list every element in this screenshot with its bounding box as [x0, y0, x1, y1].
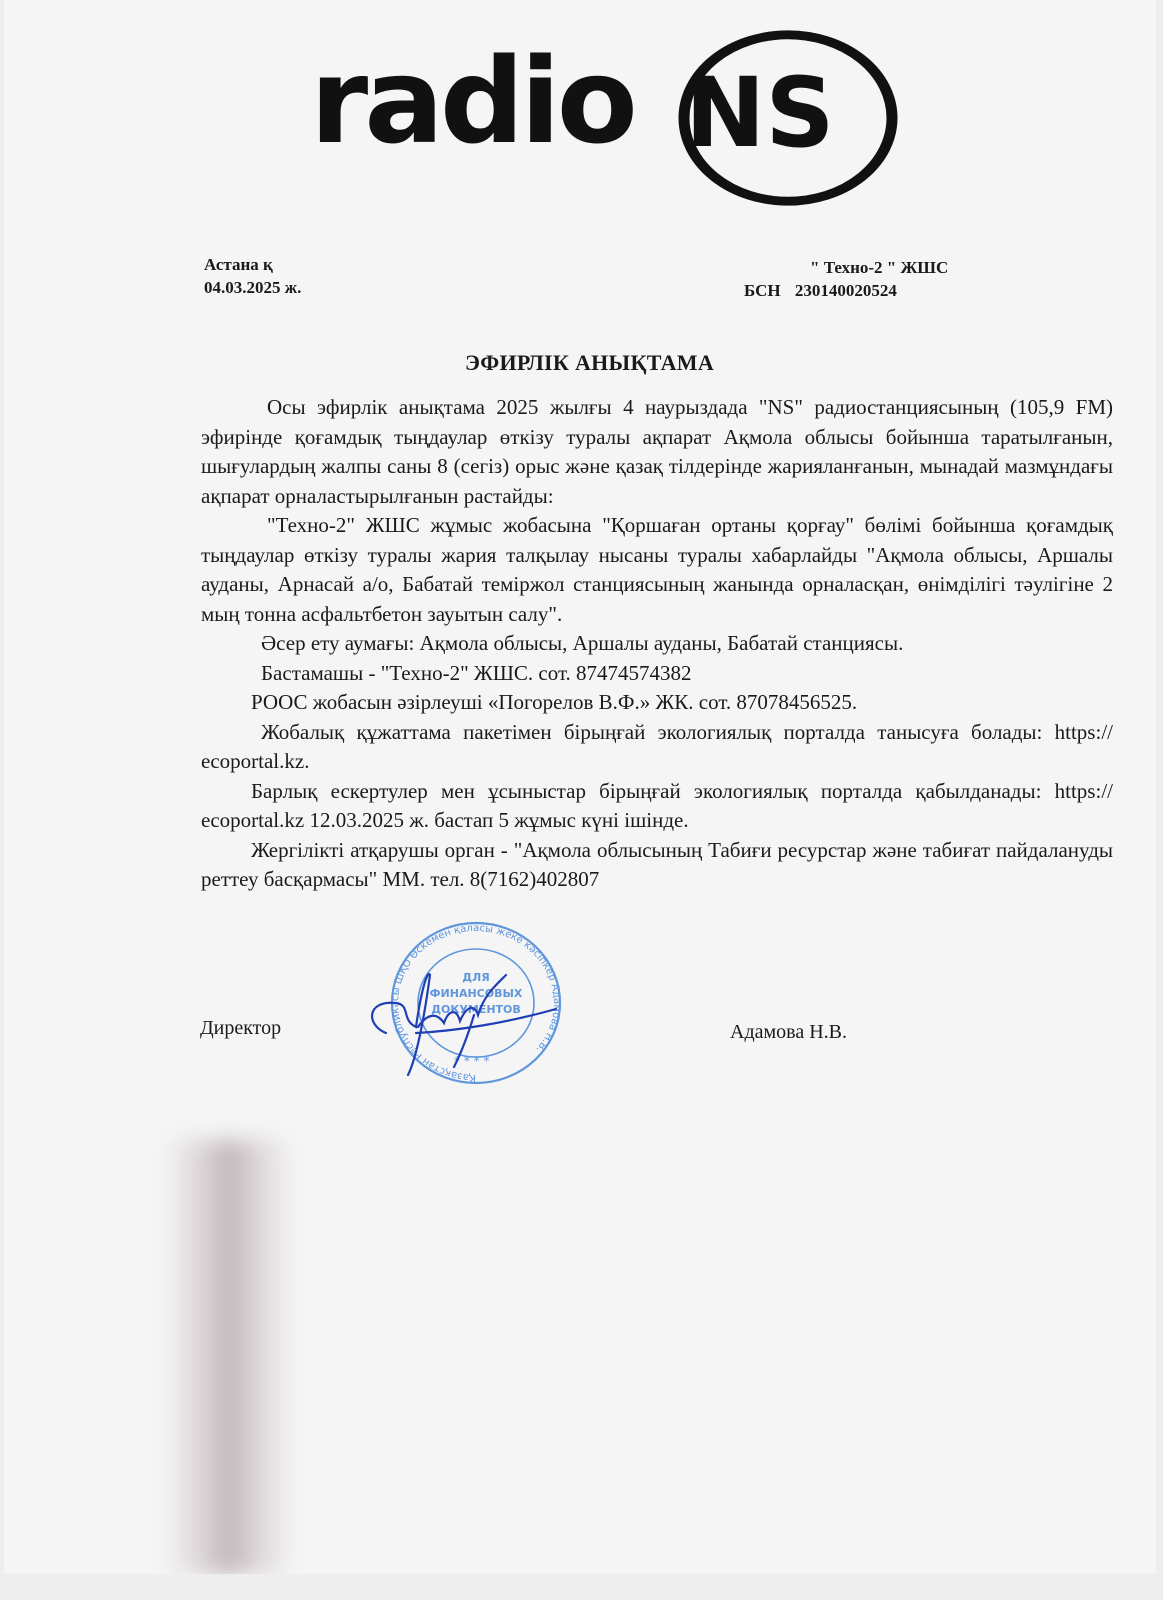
document-date: 04.03.2025 ж.	[204, 276, 301, 299]
stamp-line-1: ДЛЯ	[462, 971, 489, 984]
stamp-line-2: ФИНАНСОВЫХ	[430, 987, 523, 1000]
paragraph-local-authority: Жергілікті атқарушы орган - "Ақмола облы…	[201, 836, 1113, 895]
paragraph-impact-area: Әсер ету аумағы: Ақмола облысы, Аршалы а…	[201, 629, 1113, 659]
signer-name: Адамова Н.В.	[730, 1021, 847, 1044]
header-left: Астана қ 04.03.2025 ж.	[204, 253, 301, 299]
document-body: Осы эфирлік анықтама 2025 жылғы 4 наурыз…	[201, 393, 1113, 895]
paragraph-comments: Барлық ескертулер мен ұсыныстар бірыңғай…	[201, 777, 1113, 836]
logo-text-radio: radio	[310, 32, 634, 170]
scan-shadow	[164, 1140, 294, 1574]
paragraph-announcement: "Техно-2" ЖШС жұмыс жобасына "Қоршаған о…	[201, 511, 1113, 629]
official-stamp: Қазақстан Республикасы ШҚО Өскемен қалас…	[356, 915, 566, 1090]
logo-text-ns: NS	[685, 57, 834, 169]
paragraph-developer: РООС жобасын әзірлеуші «Погорелов В.Ф.» …	[201, 688, 1113, 718]
signature-row: Директор Адамова Н.В.	[200, 1017, 900, 1040]
paragraph-documentation: Жобалық құжаттама пакетімен бірыңғай эко…	[201, 718, 1113, 777]
company-name: " Техно-2 " ЖШС	[744, 256, 984, 279]
document-page: radio NS Астана қ 04.03.2025 ж. " Техно-…	[4, 0, 1156, 1574]
radio-ns-logo: radio NS	[310, 30, 910, 210]
paragraph-initiator: Бастамашы - "Техно-2" ЖШС. сот. 87474574…	[201, 659, 1113, 689]
bin-value: 230140020524	[795, 281, 897, 300]
signer-position: Директор	[200, 1017, 281, 1039]
header-right: " Техно-2 " ЖШС БСН 230140020524	[744, 256, 984, 302]
paragraph-intro: Осы эфирлік анықтама 2025 жылғы 4 наурыз…	[201, 393, 1113, 511]
bin-row: БСН 230140020524	[744, 279, 984, 302]
document-title: ЭФИРЛІК АНЫҚТАМА	[4, 350, 1156, 376]
city: Астана қ	[204, 253, 301, 276]
bin-label: БСН	[744, 281, 781, 300]
